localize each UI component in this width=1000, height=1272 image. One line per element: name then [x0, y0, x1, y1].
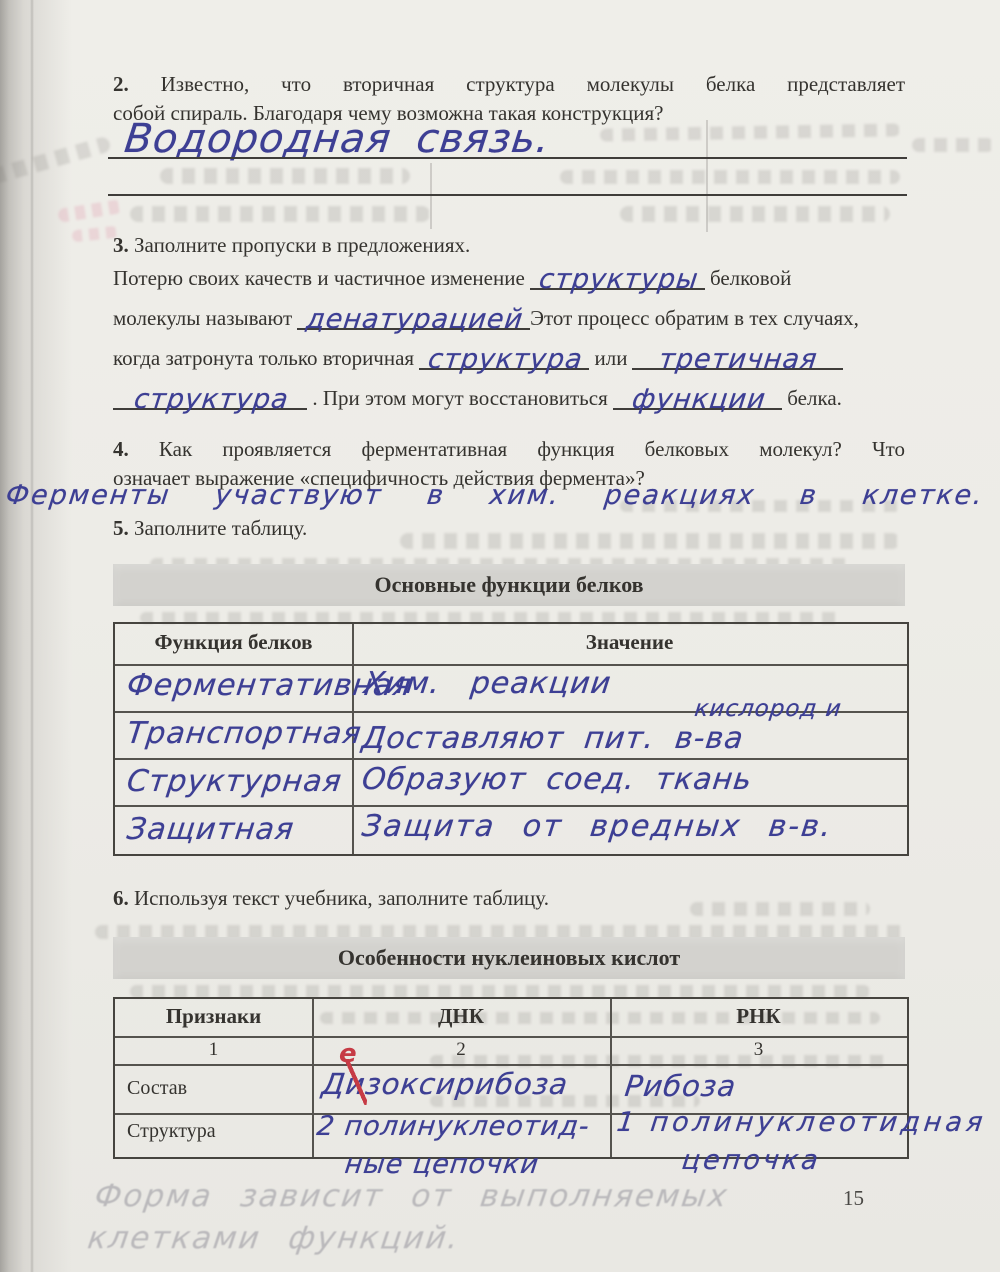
bleedthrough-mark: [400, 533, 900, 549]
q3-line3-mid: или: [594, 346, 627, 370]
question-3-paragraph-line-4: структура. При этом могут восстановиться…: [113, 384, 842, 413]
q3-line1-end: белковой: [710, 266, 791, 290]
question-4-number: 4.: [113, 437, 129, 461]
q3-blank-5: структура: [113, 387, 307, 410]
book-spine-shadow: [0, 0, 74, 1272]
bleedthrough-mark: [912, 138, 994, 152]
table-1-cell-function: Защитная: [125, 812, 296, 847]
question-5-heading: 5. Заполните таблицу.: [113, 514, 307, 543]
question-2-text: Известно, что вторичная структура молеку…: [161, 72, 905, 96]
table-1-cell-function: Транспортная: [125, 716, 364, 751]
dna-sostav-struck-letter: и: [344, 1067, 368, 1101]
q3-blank-3-handwriting: структура: [427, 350, 584, 370]
answer-line: [108, 157, 907, 159]
question-2-line-1: 2. Известно, что вторичная структура мол…: [113, 70, 905, 99]
q3-blank-1-handwriting: структуры: [538, 270, 700, 290]
answer-line: [108, 194, 907, 196]
q3-line1-text: Потерю своих качеств и частичное изменен…: [113, 266, 525, 290]
table-1-caption-banner: Основные функции белков: [113, 564, 905, 606]
table-2-column-number: 2: [312, 1039, 610, 1061]
q3-line4-text: . При этом могут восстановиться: [312, 386, 607, 410]
q3-blank-2-handwriting: денатурацией: [305, 310, 524, 330]
table-1-header-meaning: Значение: [352, 630, 907, 655]
question-3-heading: 3. Заполните пропуски в предложениях.: [113, 231, 470, 260]
page-number: 15: [843, 1186, 864, 1211]
question-3-paragraph-line-3: когда затронута только вторичнаяструктур…: [113, 344, 848, 373]
bleedthrough-grid-line: [706, 120, 708, 232]
question-6-heading: 6. Используя текст учебника, заполните т…: [113, 884, 549, 913]
bleedthrough-mark: [620, 206, 890, 222]
table-2-header-features: Признаки: [115, 1004, 312, 1029]
bleedthrough-grid-line: [430, 163, 432, 229]
q3-blank-6-handwriting: функции: [631, 390, 767, 410]
question-2-handwritten-answer: Водородная связь.: [122, 116, 553, 162]
q3-line2-end: Этот процесс обратим в тех случаях,: [530, 306, 859, 330]
table-1-header-function: Функция белков: [115, 630, 352, 655]
table-2-row-label-sostav: Состав: [127, 1077, 187, 1100]
question-6-number: 6.: [113, 886, 129, 910]
bleedthrough-mark: [560, 170, 900, 184]
table-2-cell-rna-struktura-line1: 1 полинуклеотидная: [615, 1107, 988, 1138]
table-2-header-rna: РНК: [610, 1004, 907, 1029]
bleedthrough-mark: [690, 902, 870, 916]
dna-sostav-suffix: зоксирибоза: [364, 1067, 571, 1101]
q3-blank-4: третичная: [632, 347, 842, 370]
bleedthrough-mark: [71, 226, 118, 243]
question-3-paragraph-line-1: Потерю своих качеств и частичное изменен…: [113, 264, 791, 293]
table-2-column-number: 3: [610, 1039, 907, 1061]
table-2-cell-dna-struktura-line2: ные цепочки: [343, 1149, 541, 1180]
question-2-number: 2.: [113, 72, 129, 96]
table-1-cell-insert-note: кислород и: [693, 696, 843, 722]
table-2-column-number: 1: [115, 1039, 312, 1061]
bleedthrough-mark: [160, 168, 410, 184]
q3-blank-4-handwriting: третичная: [658, 350, 819, 370]
pencil-bleedthrough-line-2: клетками функций.: [85, 1220, 462, 1256]
q3-blank-3: структура: [419, 347, 589, 370]
table-2-row-label-struktura: Структура: [127, 1120, 216, 1143]
question-6-title: Используя текст учебника, заполните табл…: [134, 886, 549, 910]
table-2-cell-rna-struktura-line2: цепочка: [680, 1145, 823, 1176]
table-2-header-dna: ДНК: [312, 1004, 610, 1029]
table-1-cell-meaning: Доставляют пит. в-ва: [360, 721, 746, 756]
table-1-row-line: [115, 758, 907, 760]
question-4-handwritten-answer: Ферменты участвуют в хим. реакциях в кле…: [4, 480, 986, 511]
table-1-cell-meaning: Образуют соед. ткань: [360, 762, 754, 797]
protein-functions-table: Функция белков Значение Ферментативная Х…: [113, 622, 909, 856]
page-crease: [30, 0, 34, 1272]
table-2-cell-dna-sostav: Дизоксирибоза: [320, 1067, 570, 1101]
q3-blank-2: денатурацией: [297, 307, 530, 330]
table-2-cell-rna-sostav: Рибоза: [623, 1069, 738, 1103]
nucleic-acids-table: Признаки ДНК РНК 1 2 3 Состав Структура …: [113, 997, 909, 1159]
q3-blank-1: структуры: [530, 267, 705, 290]
question-4-line-1: 4. Как проявляется ферментативная функци…: [113, 435, 905, 464]
question-3-number: 3.: [113, 233, 129, 257]
q3-blank-6: функции: [613, 387, 783, 410]
table-1-cell-meaning: Хим. реакции: [362, 666, 613, 701]
q3-blank-5-handwriting: структура: [133, 390, 290, 410]
table-1-row-line: [115, 805, 907, 807]
table-1-cell-function: Структурная: [125, 764, 344, 799]
question-5-number: 5.: [113, 516, 129, 540]
bleedthrough-mark: [130, 206, 430, 222]
table-2-cell-dna-struktura-line1: 2 полинуклеотид-: [315, 1111, 592, 1142]
table-2-row-line: [115, 1036, 907, 1038]
table-2-caption-banner: Особенности нуклеиновых кислот: [113, 937, 905, 979]
table-1-cell-meaning: Защита от вредных в-в.: [360, 809, 835, 844]
question-4-text: Как проявляется ферментативная функция б…: [159, 437, 905, 461]
table-2-row-line: [115, 1064, 907, 1066]
q3-line3-text: когда затронута только вторичная: [113, 346, 414, 370]
question-3-title: Заполните пропуски в предложениях.: [134, 233, 470, 257]
question-5-title: Заполните таблицу.: [134, 516, 307, 540]
question-3-paragraph-line-2: молекулы называютденатурациейЭтот процес…: [113, 304, 859, 333]
pencil-bleedthrough-line-1: Форма зависит от выполняемых: [92, 1178, 730, 1214]
teacher-correction-letter: е: [339, 1039, 357, 1069]
q3-line2-text: молекулы называют: [113, 306, 292, 330]
q3-line4-end: белка.: [787, 386, 842, 410]
workbook-page: 2. Известно, что вторичная структура мол…: [0, 0, 1000, 1272]
